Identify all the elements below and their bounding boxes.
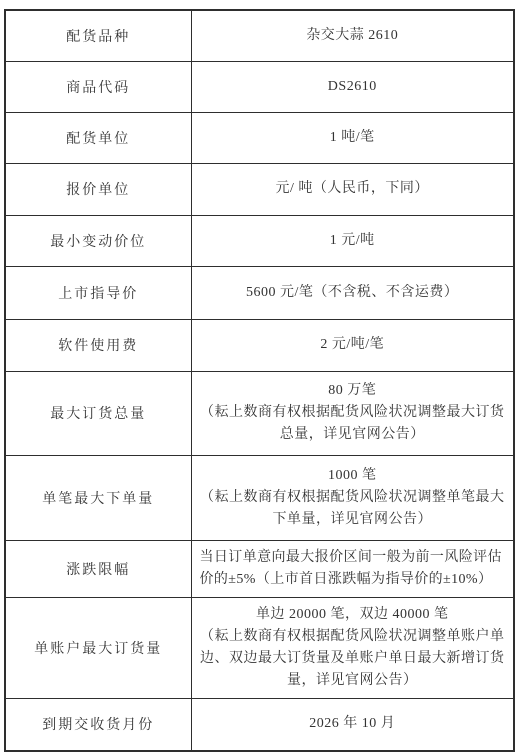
row-label: 配货单位: [5, 112, 191, 163]
row-value: 元/ 吨（人民币，下同）: [191, 163, 514, 215]
table-row: 单笔最大下单量 1000 笔 （耘上数商有权根据配货风险状况调整单笔最大 下单量…: [5, 455, 514, 540]
table-row: 涨跌限幅 当日订单意向最大报价区间一般为前一风险评估 价的±5%（上市首日涨跌幅…: [5, 540, 514, 597]
table-row: 报价单位 元/ 吨（人民币，下同）: [5, 163, 514, 215]
table-row: 配货品种 杂交大蒜 2610: [5, 10, 514, 61]
table-row: 配货单位 1 吨/笔: [5, 112, 514, 163]
row-label: 单账户最大订货量: [5, 597, 191, 698]
row-value: 2 元/吨/笔: [191, 319, 514, 371]
table-row: 软件使用费 2 元/吨/笔: [5, 319, 514, 371]
row-value: 当日订单意向最大报价区间一般为前一风险评估 价的±5%（上市首日涨跌幅为指导价的…: [191, 540, 514, 597]
row-value: DS2610: [191, 61, 514, 112]
row-label: 报价单位: [5, 163, 191, 215]
table-row: 最大订货总量 80 万笔 （耘上数商有权根据配货风险状况调整最大订货 总量，详见…: [5, 371, 514, 455]
row-label: 商品代码: [5, 61, 191, 112]
row-label: 配货品种: [5, 10, 191, 61]
row-label: 单笔最大下单量: [5, 455, 191, 540]
table-row: 单账户最大订货量 单边 20000 笔，双边 40000 笔 （耘上数商有权根据…: [5, 597, 514, 698]
row-label: 最小变动价位: [5, 215, 191, 266]
row-value: 1 吨/笔: [191, 112, 514, 163]
row-label: 到期交收货月份: [5, 698, 191, 751]
row-value: 1 元/吨: [191, 215, 514, 266]
row-label: 软件使用费: [5, 319, 191, 371]
table-row: 上市指导价 5600 元/笔（不含税、不含运费）: [5, 266, 514, 319]
row-value: 1000 笔 （耘上数商有权根据配货风险状况调整单笔最大 下单量，详见官网公告）: [191, 455, 514, 540]
row-value: 5600 元/笔（不含税、不含运费）: [191, 266, 514, 319]
row-value: 单边 20000 笔，双边 40000 笔 （耘上数商有权根据配货风险状况调整单…: [191, 597, 514, 698]
row-value: 80 万笔 （耘上数商有权根据配货风险状况调整最大订货 总量，详见官网公告）: [191, 371, 514, 455]
row-label: 最大订货总量: [5, 371, 191, 455]
table-row: 到期交收货月份 2026 年 10 月: [5, 698, 514, 751]
row-label: 上市指导价: [5, 266, 191, 319]
row-value: 杂交大蒜 2610: [191, 10, 514, 61]
product-spec-table: 配货品种 杂交大蒜 2610 商品代码 DS2610 配货单位 1 吨/笔 报价…: [4, 9, 515, 752]
row-label: 涨跌限幅: [5, 540, 191, 597]
table-row: 最小变动价位 1 元/吨: [5, 215, 514, 266]
row-value: 2026 年 10 月: [191, 698, 514, 751]
table-row: 商品代码 DS2610: [5, 61, 514, 112]
page: 配货品种 杂交大蒜 2610 商品代码 DS2610 配货单位 1 吨/笔 报价…: [0, 0, 519, 752]
